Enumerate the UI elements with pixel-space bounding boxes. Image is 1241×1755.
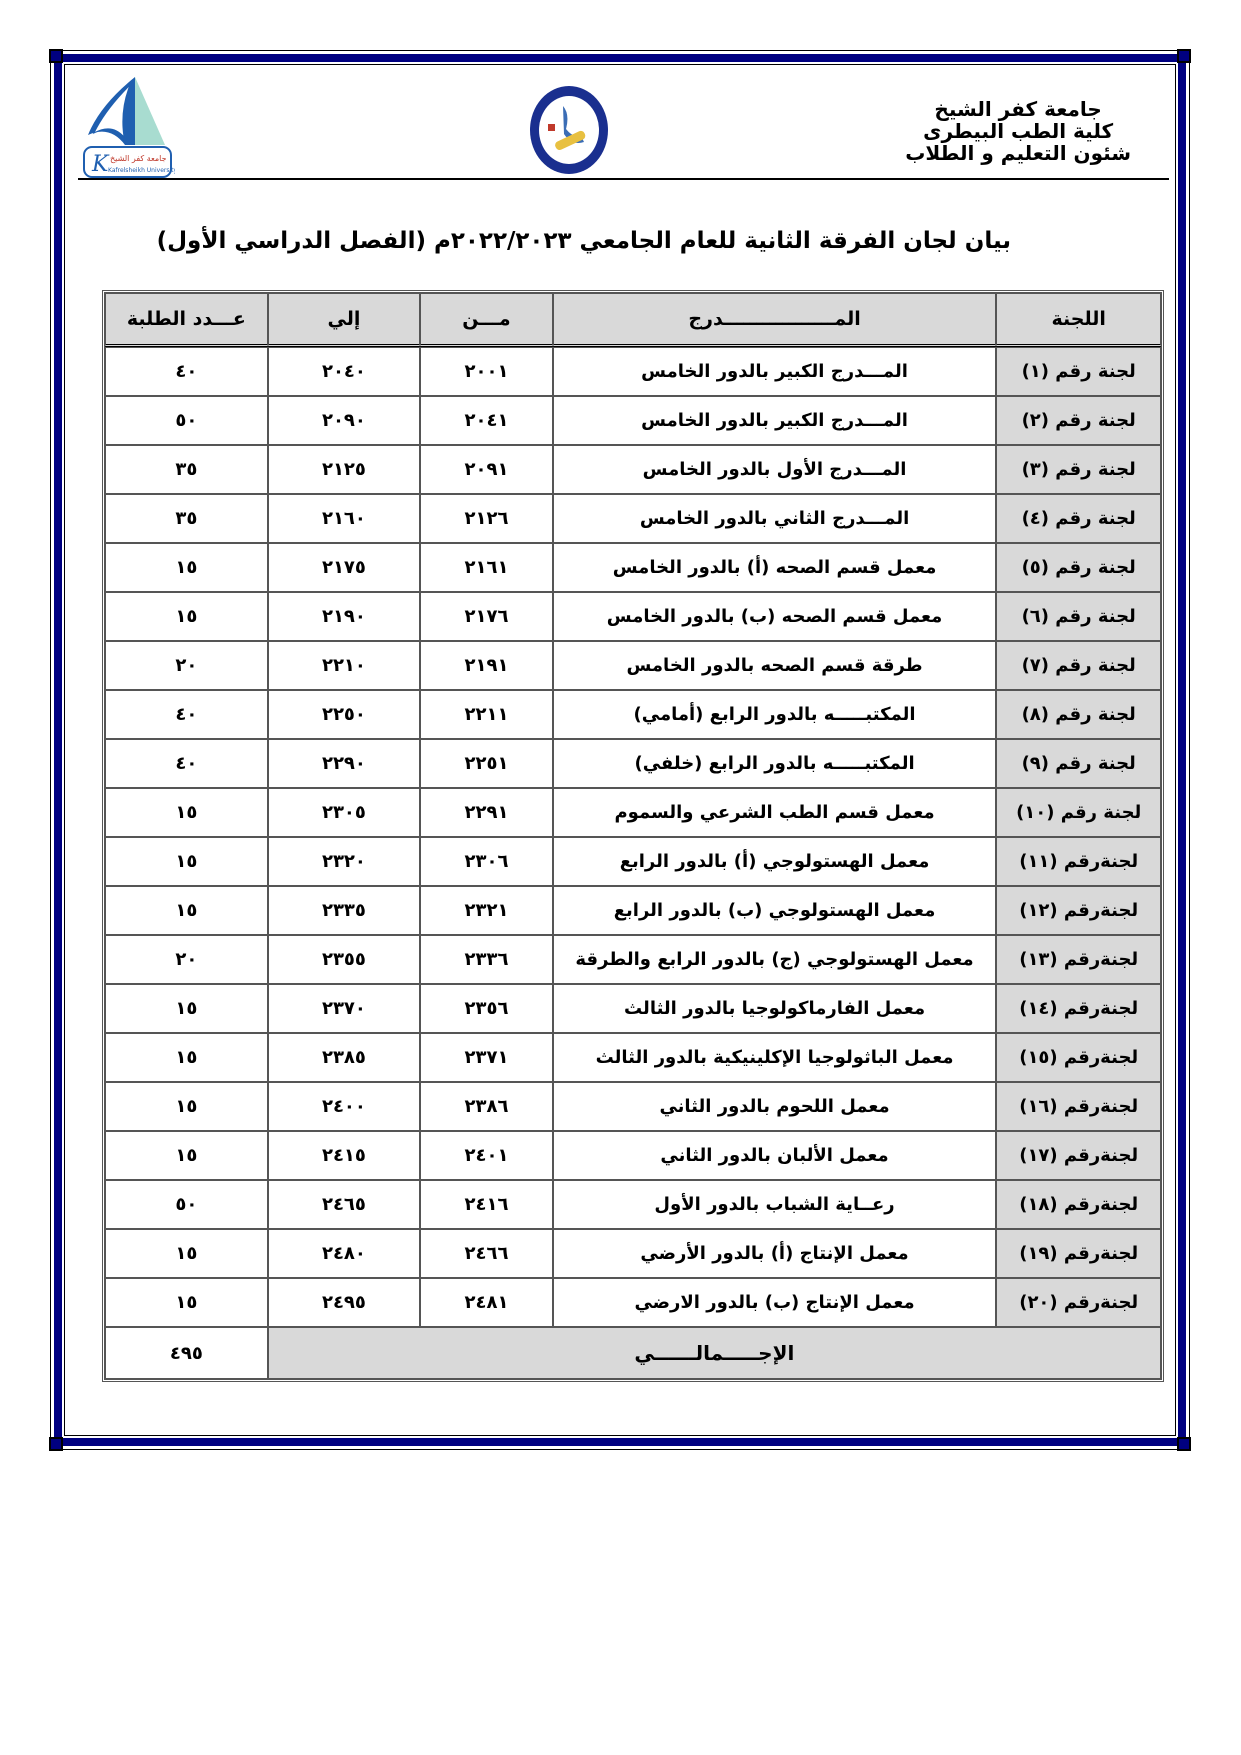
table-row: لجنة رقم (١٠)معمل قسم الطب الشرعي والسمو… bbox=[105, 788, 1161, 837]
logo-caption-ar: جامعة كفر الشيخ bbox=[110, 154, 167, 163]
to-cell: ٢٤٩٥ bbox=[268, 1278, 421, 1327]
hall-cell: المـــدرج الكبير بالدور الخامس bbox=[553, 396, 997, 445]
header-to: إلي bbox=[268, 293, 421, 347]
from-cell: ٢١٧٦ bbox=[420, 592, 553, 641]
to-cell: ٢٢٥٠ bbox=[268, 690, 421, 739]
table-row: لجنة رقم (٤)المـــدرج الثاني بالدور الخا… bbox=[105, 494, 1161, 543]
from-cell: ٢٠٠١ bbox=[420, 347, 553, 396]
committee-cell: لجنة رقم (٤) bbox=[996, 494, 1161, 543]
to-cell: ٢١٢٥ bbox=[268, 445, 421, 494]
hall-cell: المـــدرج الأول بالدور الخامس bbox=[553, 445, 997, 494]
from-cell: ٢٤٨١ bbox=[420, 1278, 553, 1327]
to-cell: ٢٣٠٥ bbox=[268, 788, 421, 837]
border-bar-right bbox=[1178, 61, 1186, 1439]
from-cell: ٢٣٥٦ bbox=[420, 984, 553, 1033]
border-bar-bottom bbox=[61, 1438, 1179, 1446]
committee-cell: لجنة رقم (٧) bbox=[996, 641, 1161, 690]
table-row: لجنةرقم (١٥)معمل الباثولوجيا الإكلينيكية… bbox=[105, 1033, 1161, 1082]
hall-cell: معمل قسم الصحه (ب) بالدور الخامس bbox=[553, 592, 997, 641]
student-count-cell: ١٥ bbox=[105, 886, 268, 935]
hall-cell: معمل الإنتاج (ب) بالدور الارضي bbox=[553, 1278, 997, 1327]
header-from: مـــن bbox=[420, 293, 553, 347]
to-cell: ٢١٧٥ bbox=[268, 543, 421, 592]
university-name: جامعة كفر الشيخ bbox=[905, 98, 1131, 120]
accreditation-seal bbox=[528, 84, 610, 176]
student-count-cell: ٣٥ bbox=[105, 494, 268, 543]
table-row: لجنةرقم (١٩)معمل الإنتاج (أ) بالدور الأر… bbox=[105, 1229, 1161, 1278]
committee-cell: لجنةرقم (١٩) bbox=[996, 1229, 1161, 1278]
hall-cell: معمل قسم الطب الشرعي والسموم bbox=[553, 788, 997, 837]
committee-cell: لجنةرقم (٢٠) bbox=[996, 1278, 1161, 1327]
hall-cell: طرقة قسم الصحه بالدور الخامس bbox=[553, 641, 997, 690]
corner-ornament bbox=[1177, 49, 1191, 63]
student-count-cell: ١٥ bbox=[105, 788, 268, 837]
document-title: بيان لجان الفرقة الثانية للعام الجامعي ٢… bbox=[150, 228, 1011, 254]
table-row: لجنةرقم (٢٠)معمل الإنتاج (ب) بالدور الار… bbox=[105, 1278, 1161, 1327]
hall-cell: معمل الباثولوجيا الإكلينيكية بالدور الثا… bbox=[553, 1033, 997, 1082]
student-count-cell: ١٥ bbox=[105, 1033, 268, 1082]
table-row: لجنة رقم (٧)طرقة قسم الصحه بالدور الخامس… bbox=[105, 641, 1161, 690]
header-student-count: عـــدد الطلبة bbox=[105, 293, 268, 347]
committee-cell: لجنة رقم (٨) bbox=[996, 690, 1161, 739]
committee-cell: لجنة رقم (١٠) bbox=[996, 788, 1161, 837]
table-row: لجنة رقم (٢)المـــدرج الكبير بالدور الخا… bbox=[105, 396, 1161, 445]
student-count-cell: ١٥ bbox=[105, 1229, 268, 1278]
student-count-cell: ١٥ bbox=[105, 592, 268, 641]
from-cell: ٢١٩١ bbox=[420, 641, 553, 690]
table-row: لجنةرقم (١٢)معمل الهستولوجي (ب) بالدور ا… bbox=[105, 886, 1161, 935]
committee-cell: لجنةرقم (١٥) bbox=[996, 1033, 1161, 1082]
from-cell: ٢٢٥١ bbox=[420, 739, 553, 788]
from-cell: ٢٣٢١ bbox=[420, 886, 553, 935]
to-cell: ٢٢٩٠ bbox=[268, 739, 421, 788]
committee-cell: لجنةرقم (١٣) bbox=[996, 935, 1161, 984]
student-count-cell: ٥٠ bbox=[105, 1180, 268, 1229]
hall-cell: معمل الهستولوجي (أ) بالدور الرابع bbox=[553, 837, 997, 886]
to-cell: ٢٣٣٥ bbox=[268, 886, 421, 935]
student-count-cell: ١٥ bbox=[105, 1082, 268, 1131]
to-cell: ٢٢١٠ bbox=[268, 641, 421, 690]
hall-cell: المـــدرج الثاني بالدور الخامس bbox=[553, 494, 997, 543]
institution-header: جامعة كفر الشيخ كلية الطب البيطرى شئون ا… bbox=[905, 98, 1131, 164]
committee-cell: لجنةرقم (١٨) bbox=[996, 1180, 1161, 1229]
committee-cell: لجنة رقم (٩) bbox=[996, 739, 1161, 788]
header-hall: المـــــــــــــــــدرج bbox=[553, 293, 997, 347]
from-cell: ٢٠٩١ bbox=[420, 445, 553, 494]
from-cell: ٢١٢٦ bbox=[420, 494, 553, 543]
table-row: لجنةرقم (١٦)معمل اللحوم بالدور الثاني٢٣٨… bbox=[105, 1082, 1161, 1131]
corner-ornament bbox=[1177, 1437, 1191, 1451]
to-cell: ٢٣٧٠ bbox=[268, 984, 421, 1033]
department-name: شئون التعليم و الطلاب bbox=[905, 142, 1131, 164]
committee-cell: لجنةرقم (١١) bbox=[996, 837, 1161, 886]
hall-cell: المكتبـــــه بالدور الرابع (أمامي) bbox=[553, 690, 997, 739]
hall-cell: معمل الهستولوجي (ب) بالدور الرابع bbox=[553, 886, 997, 935]
table-row: لجنة رقم (٦)معمل قسم الصحه (ب) بالدور ال… bbox=[105, 592, 1161, 641]
to-cell: ٢١٩٠ bbox=[268, 592, 421, 641]
student-count-cell: ١٥ bbox=[105, 1278, 268, 1327]
committee-cell: لجنة رقم (٣) bbox=[996, 445, 1161, 494]
committee-cell: لجنة رقم (٢) bbox=[996, 396, 1161, 445]
total-label: الإجـــــمالــــــي bbox=[268, 1327, 1161, 1379]
committee-cell: لجنةرقم (١٢) bbox=[996, 886, 1161, 935]
to-cell: ٢٠٤٠ bbox=[268, 347, 421, 396]
committee-cell: لجنة رقم (١) bbox=[996, 347, 1161, 396]
hall-cell: معمل اللحوم بالدور الثاني bbox=[553, 1082, 997, 1131]
from-cell: ٢٤٠١ bbox=[420, 1131, 553, 1180]
student-count-cell: ٤٠ bbox=[105, 690, 268, 739]
hall-cell: معمل الفارماكولوجيا بالدور الثالث bbox=[553, 984, 997, 1033]
table-row: لجنةرقم (١١)معمل الهستولوجي (أ) بالدور ا… bbox=[105, 837, 1161, 886]
student-count-cell: ٢٠ bbox=[105, 641, 268, 690]
committee-cell: لجنة رقم (٦) bbox=[996, 592, 1161, 641]
logo-caption-en: Kafrelsheikh University bbox=[108, 167, 175, 174]
table-row: لجنة رقم (٣)المـــدرج الأول بالدور الخام… bbox=[105, 445, 1161, 494]
committee-cell: لجنة رقم (٥) bbox=[996, 543, 1161, 592]
university-logo: K جامعة كفر الشيخ Kafrelsheikh Universit… bbox=[80, 75, 175, 183]
table-row: لجنةرقم (١٨)رعــاية الشباب بالدور الأول٢… bbox=[105, 1180, 1161, 1229]
from-cell: ٢٢٩١ bbox=[420, 788, 553, 837]
to-cell: ٢٤١٥ bbox=[268, 1131, 421, 1180]
to-cell: ٢٠٩٠ bbox=[268, 396, 421, 445]
table-row: لجنةرقم (١٧)معمل الألبان بالدور الثاني٢٤… bbox=[105, 1131, 1161, 1180]
to-cell: ٢٣٥٥ bbox=[268, 935, 421, 984]
border-bar-top bbox=[61, 54, 1179, 62]
table-row: لجنة رقم (١)المـــدرج الكبير بالدور الخا… bbox=[105, 347, 1161, 396]
total-count: ٤٩٥ bbox=[105, 1327, 268, 1379]
hall-cell: رعــاية الشباب بالدور الأول bbox=[553, 1180, 997, 1229]
hall-cell: معمل الهستولوجي (ج) بالدور الرابع والطرق… bbox=[553, 935, 997, 984]
header-committee: اللجنة bbox=[996, 293, 1161, 347]
table-row: لجنةرقم (١٤)معمل الفارماكولوجيا بالدور ا… bbox=[105, 984, 1161, 1033]
table-row: لجنةرقم (١٣)معمل الهستولوجي (ج) بالدور ا… bbox=[105, 935, 1161, 984]
committees-table: اللجنة المـــــــــــــــــدرج مـــن إلي… bbox=[102, 290, 1164, 1382]
table-row: لجنة رقم (٩)المكتبـــــه بالدور الرابع (… bbox=[105, 739, 1161, 788]
from-cell: ٢١٦١ bbox=[420, 543, 553, 592]
to-cell: ٢٤٨٠ bbox=[268, 1229, 421, 1278]
from-cell: ٢٤١٦ bbox=[420, 1180, 553, 1229]
student-count-cell: ١٥ bbox=[105, 837, 268, 886]
to-cell: ٢٤٦٥ bbox=[268, 1180, 421, 1229]
table-row: لجنة رقم (٥)معمل قسم الصحه (أ) بالدور ال… bbox=[105, 543, 1161, 592]
total-row: الإجـــــمالــــــي ٤٩٥ bbox=[105, 1327, 1161, 1379]
to-cell: ٢٣٢٠ bbox=[268, 837, 421, 886]
from-cell: ٢٣٣٦ bbox=[420, 935, 553, 984]
header-divider bbox=[78, 178, 1169, 180]
student-count-cell: ٣٥ bbox=[105, 445, 268, 494]
from-cell: ٢٣٠٦ bbox=[420, 837, 553, 886]
student-count-cell: ١٥ bbox=[105, 543, 268, 592]
committee-cell: لجنةرقم (١٦) bbox=[996, 1082, 1161, 1131]
student-count-cell: ٤٠ bbox=[105, 739, 268, 788]
hall-cell: المكتبـــــه بالدور الرابع (خلفي) bbox=[553, 739, 997, 788]
student-count-cell: ١٥ bbox=[105, 1131, 268, 1180]
to-cell: ٢١٦٠ bbox=[268, 494, 421, 543]
table-header-row: اللجنة المـــــــــــــــــدرج مـــن إلي… bbox=[105, 293, 1161, 347]
to-cell: ٢٣٨٥ bbox=[268, 1033, 421, 1082]
from-cell: ٢٣٨٦ bbox=[420, 1082, 553, 1131]
student-count-cell: ٢٠ bbox=[105, 935, 268, 984]
student-count-cell: ١٥ bbox=[105, 984, 268, 1033]
to-cell: ٢٤٠٠ bbox=[268, 1082, 421, 1131]
faculty-name: كلية الطب البيطرى bbox=[905, 120, 1131, 142]
hall-cell: معمل الإنتاج (أ) بالدور الأرضي bbox=[553, 1229, 997, 1278]
student-count-cell: ٥٠ bbox=[105, 396, 268, 445]
committee-cell: لجنةرقم (١٧) bbox=[996, 1131, 1161, 1180]
student-count-cell: ٤٠ bbox=[105, 347, 268, 396]
hall-cell: معمل قسم الصحه (أ) بالدور الخامس bbox=[553, 543, 997, 592]
hall-cell: معمل الألبان بالدور الثاني bbox=[553, 1131, 997, 1180]
corner-ornament bbox=[49, 1437, 63, 1451]
border-bar-left bbox=[54, 61, 62, 1439]
from-cell: ٢٠٤١ bbox=[420, 396, 553, 445]
corner-ornament bbox=[49, 49, 63, 63]
from-cell: ٢٤٦٦ bbox=[420, 1229, 553, 1278]
from-cell: ٢٣٧١ bbox=[420, 1033, 553, 1082]
table-row: لجنة رقم (٨)المكتبـــــه بالدور الرابع (… bbox=[105, 690, 1161, 739]
from-cell: ٢٢١١ bbox=[420, 690, 553, 739]
hall-cell: المـــدرج الكبير بالدور الخامس bbox=[553, 347, 997, 396]
committee-cell: لجنةرقم (١٤) bbox=[996, 984, 1161, 1033]
